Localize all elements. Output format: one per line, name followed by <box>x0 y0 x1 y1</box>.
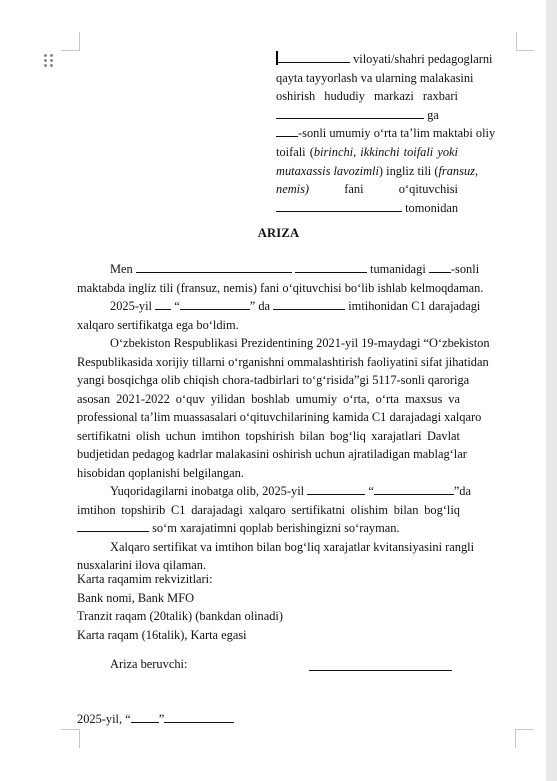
paragraph-3-line-2: Respublikasida xorijiy tillarni o‘rganis… <box>77 353 460 372</box>
paragraph-5-line-1: Xalqaro sertifikat va imtihon bilan bog‘… <box>77 538 460 557</box>
exam-name-blank[interactable] <box>273 298 345 310</box>
margin-crop-mark-top-right <box>516 32 534 51</box>
month-blank[interactable] <box>180 298 250 310</box>
requisites-bank: Bank nomi, Bank MFO <box>77 589 283 608</box>
requisites-card: Karta raqam (16talik), Karta egasi <box>77 626 283 645</box>
requisites-transit: Tranzit raqam (20talik) (bankdan olinadi… <box>77 607 283 626</box>
paragraph-3-line-1: O‘zbekiston Respublikasi Prezidentining … <box>77 334 460 353</box>
addressee-line-2: qayta tayyorlash va ularning malakasini <box>276 69 458 88</box>
addressee-line-5: -sonli umumiy o‘rta ta’lim maktabi oliy <box>276 124 458 143</box>
full-name-blank[interactable] <box>136 261 292 273</box>
application-body: Men tumanidagi -sonli maktabda ingliz ti… <box>77 260 460 575</box>
amount-blank[interactable] <box>77 520 149 532</box>
paragraph-1-line-1: Men tumanidagi -sonli <box>77 260 460 279</box>
paragraph-4-line-1: Yuqoridagilarni inobatga olib, 2025-yil … <box>77 482 460 501</box>
bank-requisites: Karta raqamim rekvizitlari: Bank nomi, B… <box>77 570 283 644</box>
addressee-line-6: toifali (birinchi, ikkinchi toifali yoki <box>276 143 458 162</box>
paragraph-2-line-2: xalqaro sertifikatga ega bo‘ldim. <box>77 316 460 335</box>
date-month-blank[interactable] <box>164 711 234 723</box>
margin-crop-mark-bottom-right <box>515 729 534 748</box>
exam-month-blank[interactable] <box>374 483 454 495</box>
addressee-line-9: tomonidan <box>276 199 458 218</box>
paragraph-2-line-1: 2025-yil “” da imtihonidan C1 darajadagi <box>77 297 460 316</box>
director-name-blank[interactable] <box>276 107 424 119</box>
addressee-line-8: nemis) fani o‘qituvchisi <box>276 180 458 199</box>
addressee-line-3: oshirish hududiy markazi raxbari <box>276 87 458 106</box>
table-move-handle-icon[interactable] <box>44 54 54 68</box>
signer-label: Ariza beruvchi: <box>110 657 187 672</box>
district-blank[interactable] <box>295 261 367 273</box>
margin-crop-mark-bottom-left <box>61 729 80 748</box>
document-page[interactable]: viloyati/shahri pedagoglarni qayta tayyo… <box>0 0 546 781</box>
exam-day-blank[interactable] <box>307 483 365 495</box>
region-blank[interactable] <box>278 51 350 63</box>
date-day-blank[interactable] <box>131 711 159 723</box>
paragraph-1-line-2: maktabda ingliz tili (fransuz, nemis) fa… <box>77 279 460 298</box>
paragraph-3-line-5: professional ta’lim muassasalari o‘qituv… <box>77 408 460 427</box>
requisites-heading: Karta raqamim rekvizitlari: <box>77 570 283 589</box>
window-background-strip <box>546 0 557 781</box>
teacher-name-blank[interactable] <box>276 200 402 212</box>
school-number-blank[interactable] <box>276 125 298 137</box>
addressee-line-4: ga <box>276 106 458 125</box>
school-no-blank[interactable] <box>429 261 451 273</box>
addressee-block: viloyati/shahri pedagoglarni qayta tayyo… <box>276 50 458 217</box>
document-title: ARIZA <box>0 226 557 241</box>
paragraph-3-line-6: sertifikatni olish uchun imtihon topshir… <box>77 427 460 446</box>
paragraph-3-line-3: yangi bosqichga olib chiqish chora-tadbi… <box>77 371 460 390</box>
addressee-line-1: viloyati/shahri pedagoglarni <box>276 50 458 69</box>
paragraph-3-line-8: hisobidan qoplanishi belgilangan. <box>77 464 460 483</box>
day-blank[interactable] <box>155 298 171 310</box>
paragraph-4-line-2: imtihon topshirib C1 darajadagi xalqaro … <box>77 501 460 520</box>
margin-crop-mark-top-left <box>61 32 80 51</box>
addressee-line-7: mutaxassis lavozimli) ingliz tili (frans… <box>276 162 458 181</box>
paragraph-3-line-7: budjetidan pedagog kadrlar malakasini os… <box>77 445 460 464</box>
date-line: 2025-yil, “” <box>77 711 234 727</box>
paragraph-3-line-4: asosan 2021-2022 o‘quv yilidan boshlab u… <box>77 390 460 409</box>
signature-blank[interactable] <box>309 670 452 671</box>
paragraph-4-line-3: so‘m xarajatimni qoplab berishingizni so… <box>77 519 460 538</box>
